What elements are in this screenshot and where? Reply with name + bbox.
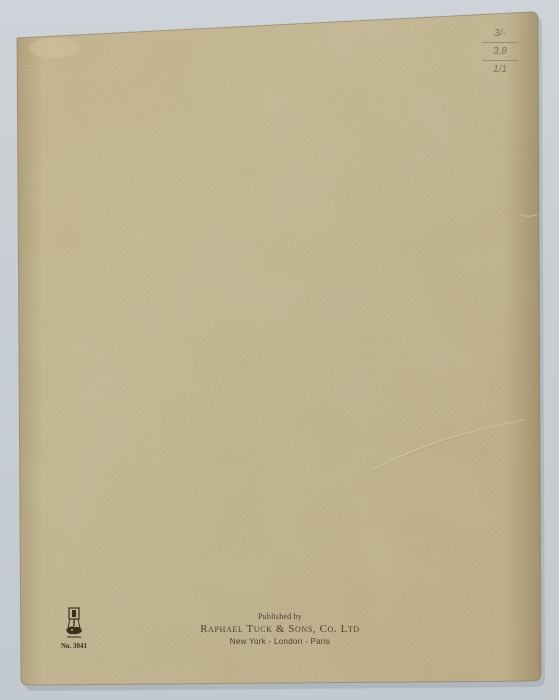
publisher-imprint: Published by Raphael Tuck & Sons, Co. Lt… xyxy=(180,612,380,648)
cover-card-shape xyxy=(0,0,559,700)
publisher-trademark: No. 3041 xyxy=(56,606,92,656)
catalog-number: No. 3041 xyxy=(56,642,92,651)
pencil-rule-divider xyxy=(482,42,518,43)
pencil-rule-divider xyxy=(482,60,518,61)
pencil-price-notes: 3/- 3.8 1/1 xyxy=(478,26,522,86)
booklet-back-cover xyxy=(0,0,559,700)
publisher-cities: New York - London - Paris xyxy=(180,636,380,648)
pencil-note-line: 1/1 xyxy=(478,62,522,77)
pencil-note-line: 3/- xyxy=(478,26,522,41)
published-by-label: Published by xyxy=(180,612,380,622)
pencil-note-line: 3.8 xyxy=(478,44,522,59)
easel-palette-trademark-icon xyxy=(64,606,84,640)
publisher-name: Raphael Tuck & Sons, Co. Ltd xyxy=(180,622,380,636)
